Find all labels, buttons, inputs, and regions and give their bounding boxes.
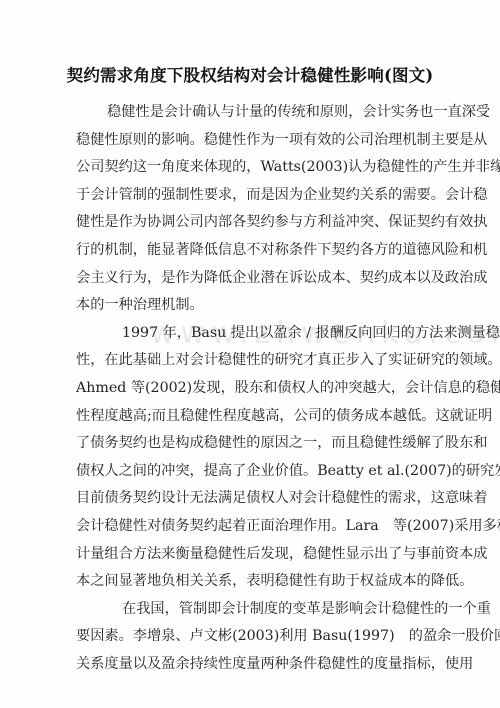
paragraph-3-line-2: 要因素。李增泉、卢文彬(2003)利用 Basu(1997) 的盈余一股价回报 — [76, 623, 418, 651]
paragraph-1-line-6: 行的机制，能显著降低信息不对称条件下契约各方的道德风险和机 — [76, 237, 418, 265]
document-body: 稳健性是会计确认与计量的传统和原则，会计实务也一直深受 稳健性原则的影响。稳健性… — [76, 99, 418, 678]
paragraph-2-line-8: 会计稳健性对债务契约起着正面治理作用。Lara 等(2007)采用多种 — [76, 513, 418, 541]
paragraph-1-line-5: 健性是作为协调公司内部各契约参与方利益冲突、保证契约有效执 — [76, 209, 418, 237]
paragraph-3-line-3: 关系度量以及盈余持续性度量两种条件稳健性的度量指标，使用 — [76, 651, 418, 679]
paragraph-2-line-3: Ahmed 等(2002)发现，股东和债权人的冲突越大，会计信息的稳健 — [76, 375, 418, 403]
paragraph-1-line-8: 本的一种治理机制。 — [76, 292, 418, 320]
paragraph-1-line-7: 会主义行为，是作为降低企业潜在诉讼成本、契约成本以及政治成 — [76, 265, 418, 293]
paragraph-3-line-1: 在我国，管制即会计制度的变革是影响会计稳健性的一个重 — [76, 596, 418, 624]
paragraph-1-line-1: 稳健性是会计确认与计量的传统和原则，会计实务也一直深受 — [76, 99, 418, 127]
paragraph-2-line-1: 1997 年，Basu 提出以盈余 / 报酬反向回归的方法来测量稳健 — [76, 320, 418, 348]
paragraph-1-line-4: 于会计管制的强制性要求，而是因为企业契约关系的需要。会计稳 — [76, 182, 418, 210]
paragraph-2-line-4: 性程度越高;而且稳健性程度越高，公司的债务成本越低。这就证明 — [76, 403, 418, 431]
paragraph-2-line-10: 本之间显著地负相关关系，表明稳健性有助于权益成本的降低。 — [76, 568, 418, 596]
paragraph-1-line-3: 公司契约这一角度来体现的，Watts(2003)认为稳健性的产生并非缘 — [76, 154, 418, 182]
paragraph-2-line-2: 性，在此基础上对会计稳健性的研究才真正步入了实证研究的领域。 — [76, 347, 418, 375]
document-title: 契约需求角度下股权结构对会计稳健性影响(图文) — [0, 62, 500, 86]
paragraph-2-line-7: 目前债务契约设计无法满足债权人对会计稳健性的需求，这意味着 — [76, 485, 418, 513]
paragraph-2-line-5: 了债务契约也是构成稳健性的原因之一，而且稳健性缓解了股东和 — [76, 430, 418, 458]
document-page: 契约需求角度下股权结构对会计稳健性影响(图文) www.zhwenku.com … — [0, 0, 500, 708]
paragraph-2-line-9: 计量组合方法来衡量稳健性后发现，稳健性显示出了与事前资本成 — [76, 541, 418, 569]
paragraph-2-line-6: 债权人之间的冲突，提高了企业价值。Beatty et al.(2007)的研究发… — [76, 458, 418, 486]
paragraph-1-line-2: 稳健性原则的影响。稳健性作为一项有效的公司治理机制主要是从 — [76, 127, 418, 155]
